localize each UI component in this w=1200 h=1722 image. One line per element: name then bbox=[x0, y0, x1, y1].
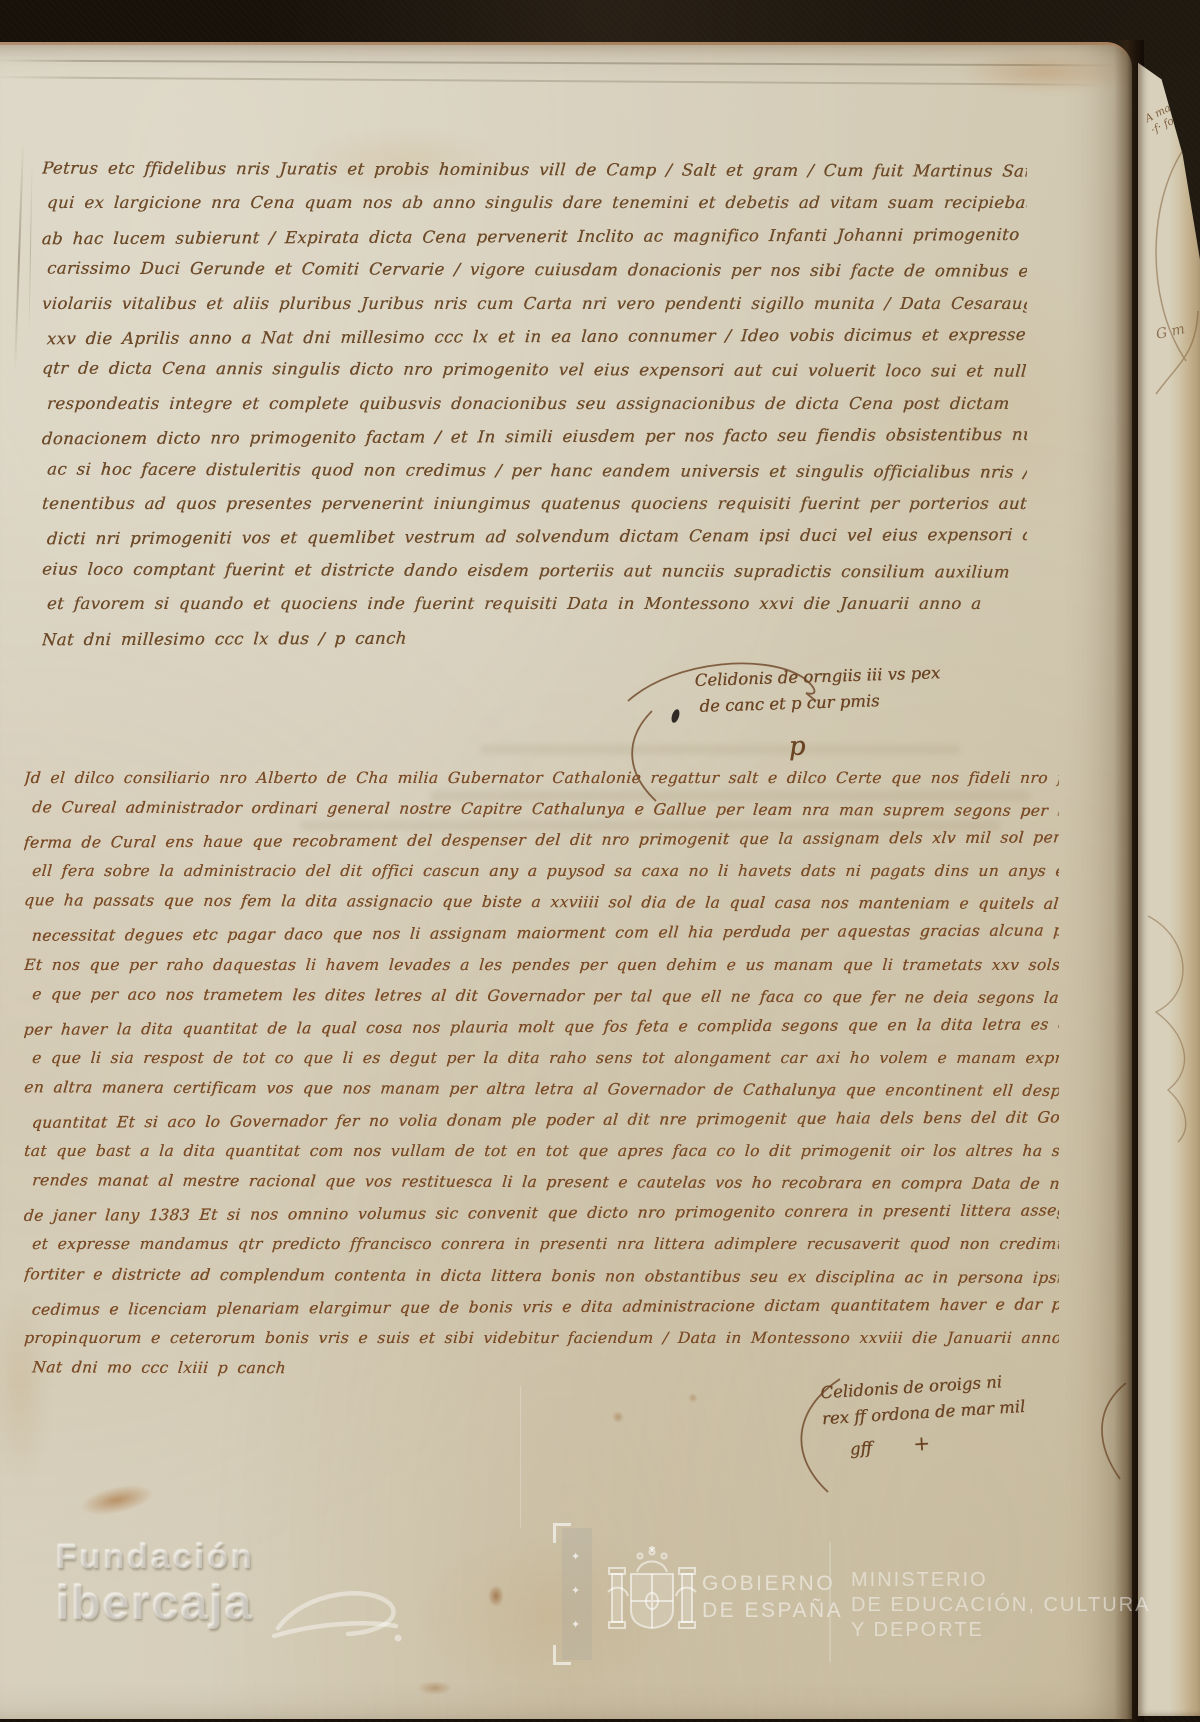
manuscript-line: per haver la dita quantitat de la qual c… bbox=[24, 1009, 1059, 1046]
manuscript-line: que ha passats que nos fem la dita assig… bbox=[24, 886, 1059, 921]
manuscript-line: respondeatis integre et complete quibusv… bbox=[46, 387, 1027, 420]
manuscript-line: donacionem dicto nro primogenito factam … bbox=[42, 418, 1027, 456]
manuscript-line: propinquorum e ceterorum bonis vris e su… bbox=[24, 1323, 1059, 1354]
bleed-through bbox=[480, 745, 960, 754]
manuscript-line: ell fera sobre la administracio del dit … bbox=[31, 856, 1059, 887]
chancery-note: Celidonis de oroigs ni rex ff ordona de … bbox=[820, 1371, 1028, 1461]
manuscript-page: Petrus etc ffidelibus nris Juratis et pr… bbox=[0, 42, 1132, 1719]
folio-margin-note: A mase att ·f· folio bbox=[1143, 89, 1200, 138]
folio-flourish bbox=[1138, 126, 1200, 406]
manuscript-line: en altra manera certificam vos que nos m… bbox=[24, 1072, 1059, 1107]
manuscript-line: tenentibus ad quos presentes pervenerint… bbox=[42, 487, 1027, 520]
digitised-manuscript-scene: Petrus etc ffidelibus nris Juratis et pr… bbox=[0, 0, 1200, 1722]
manuscript-line: eius loco comptant fuerint et districte … bbox=[42, 552, 1027, 589]
manuscript-line: e que per aco nos trametem les dites let… bbox=[31, 979, 1059, 1014]
manuscript-line: Jd el dilco consiliario nro Alberto de C… bbox=[24, 763, 1059, 794]
manuscript-line: qui ex largicione nra Cena quam nos ab a… bbox=[46, 186, 1027, 219]
text-block-latin: Petrus etc ffidelibus nris Juratis et pr… bbox=[42, 153, 1027, 654]
manuscript-line: fortiter e districte ad complendum conte… bbox=[24, 1259, 1059, 1294]
manuscript-line: quantitat Et si aco lo Governador fer no… bbox=[30, 1102, 1059, 1138]
manuscript-line: ab hac lucem subierunt / Expirata dicta … bbox=[42, 218, 1027, 256]
left-margin-crease bbox=[29, 165, 33, 335]
text-block-catalan: Jd el dilco consiliario nro Alberto de C… bbox=[24, 763, 1059, 1385]
chancery-note: Celidonis de orngiis iii vs pex de canc … bbox=[694, 663, 941, 716]
stain bbox=[418, 1681, 452, 1695]
folio-margin-mark: G m bbox=[1155, 321, 1187, 343]
folio-flourish bbox=[1138, 906, 1200, 1146]
manuscript-line: et expresse mandamus qtr predicto ffranc… bbox=[31, 1229, 1059, 1260]
manuscript-line: violariis vitalibus et aliis pluribus Ju… bbox=[42, 287, 1027, 320]
top-fold-crease bbox=[0, 76, 1102, 86]
manuscript-line: xxv die Aprilis anno a Nat dni millesimo… bbox=[46, 318, 1027, 356]
manuscript-line: rendes manat al mestre racional que vos … bbox=[31, 1165, 1059, 1200]
manuscript-line: ac si hoc facere distuleritis quod non c… bbox=[46, 452, 1027, 488]
chancery-cross-mark: + bbox=[912, 1431, 930, 1456]
manuscript-line: necessitat degues etc pagar daco que nos… bbox=[30, 916, 1059, 952]
chancery-registration-mark: gff bbox=[849, 1438, 872, 1458]
manuscript-line: dicti nri primogeniti vos et quemlibet v… bbox=[46, 518, 1027, 556]
stain bbox=[612, 1411, 624, 1423]
chancery-note-line: Celidonis de orngiis iii vs pex bbox=[694, 663, 940, 690]
manuscript-dating-clause: Nat dni millesimo ccc lx dus / p canch bbox=[42, 619, 1027, 655]
manuscript-line: cedimus e licenciam plenariam elargimur … bbox=[30, 1289, 1059, 1325]
left-margin-crease bbox=[14, 143, 24, 373]
stain bbox=[488, 1585, 504, 1607]
chancery-paraph-mark: p bbox=[788, 731, 806, 762]
stain bbox=[688, 1393, 698, 1403]
manuscript-line: Petrus etc ffidelibus nris Juratis et pr… bbox=[42, 153, 1027, 188]
manuscript-line: carissimo Duci Gerunde et Comiti Cervari… bbox=[46, 252, 1027, 288]
stain bbox=[78, 1480, 156, 1521]
manuscript-line: et favorem si quando et quociens inde fu… bbox=[46, 587, 1027, 620]
manuscript-line: Et nos que per raho daquestas li havem l… bbox=[24, 950, 1059, 981]
manuscript-line: ferma de Cural ens haue que recobrament … bbox=[24, 822, 1059, 859]
manuscript-line: qtr de dicta Cena annis singulis dicto n… bbox=[42, 352, 1027, 389]
manuscript-line: tat que bast a la dita quantitat com nos… bbox=[24, 1136, 1059, 1167]
stain bbox=[420, 1535, 680, 1695]
ink-blot bbox=[670, 708, 681, 723]
manuscript-line-year-1383: de janer lany 1383 Et si nos omnino volu… bbox=[24, 1196, 1059, 1233]
stain bbox=[960, 51, 1130, 93]
top-fold-crease bbox=[0, 60, 1116, 67]
manuscript-line: de Cureal administrador ordinari general… bbox=[31, 792, 1059, 827]
chancery-note-line: rex ff ordona de mar mil bbox=[821, 1397, 1025, 1428]
manuscript-line: e que li sia respost de tot co que li es… bbox=[31, 1043, 1059, 1074]
chancery-note-line: de canc et p cur pmis bbox=[699, 689, 941, 716]
adjacent-folio-edge: A mase att ·f· folio G m bbox=[1138, 46, 1200, 1716]
